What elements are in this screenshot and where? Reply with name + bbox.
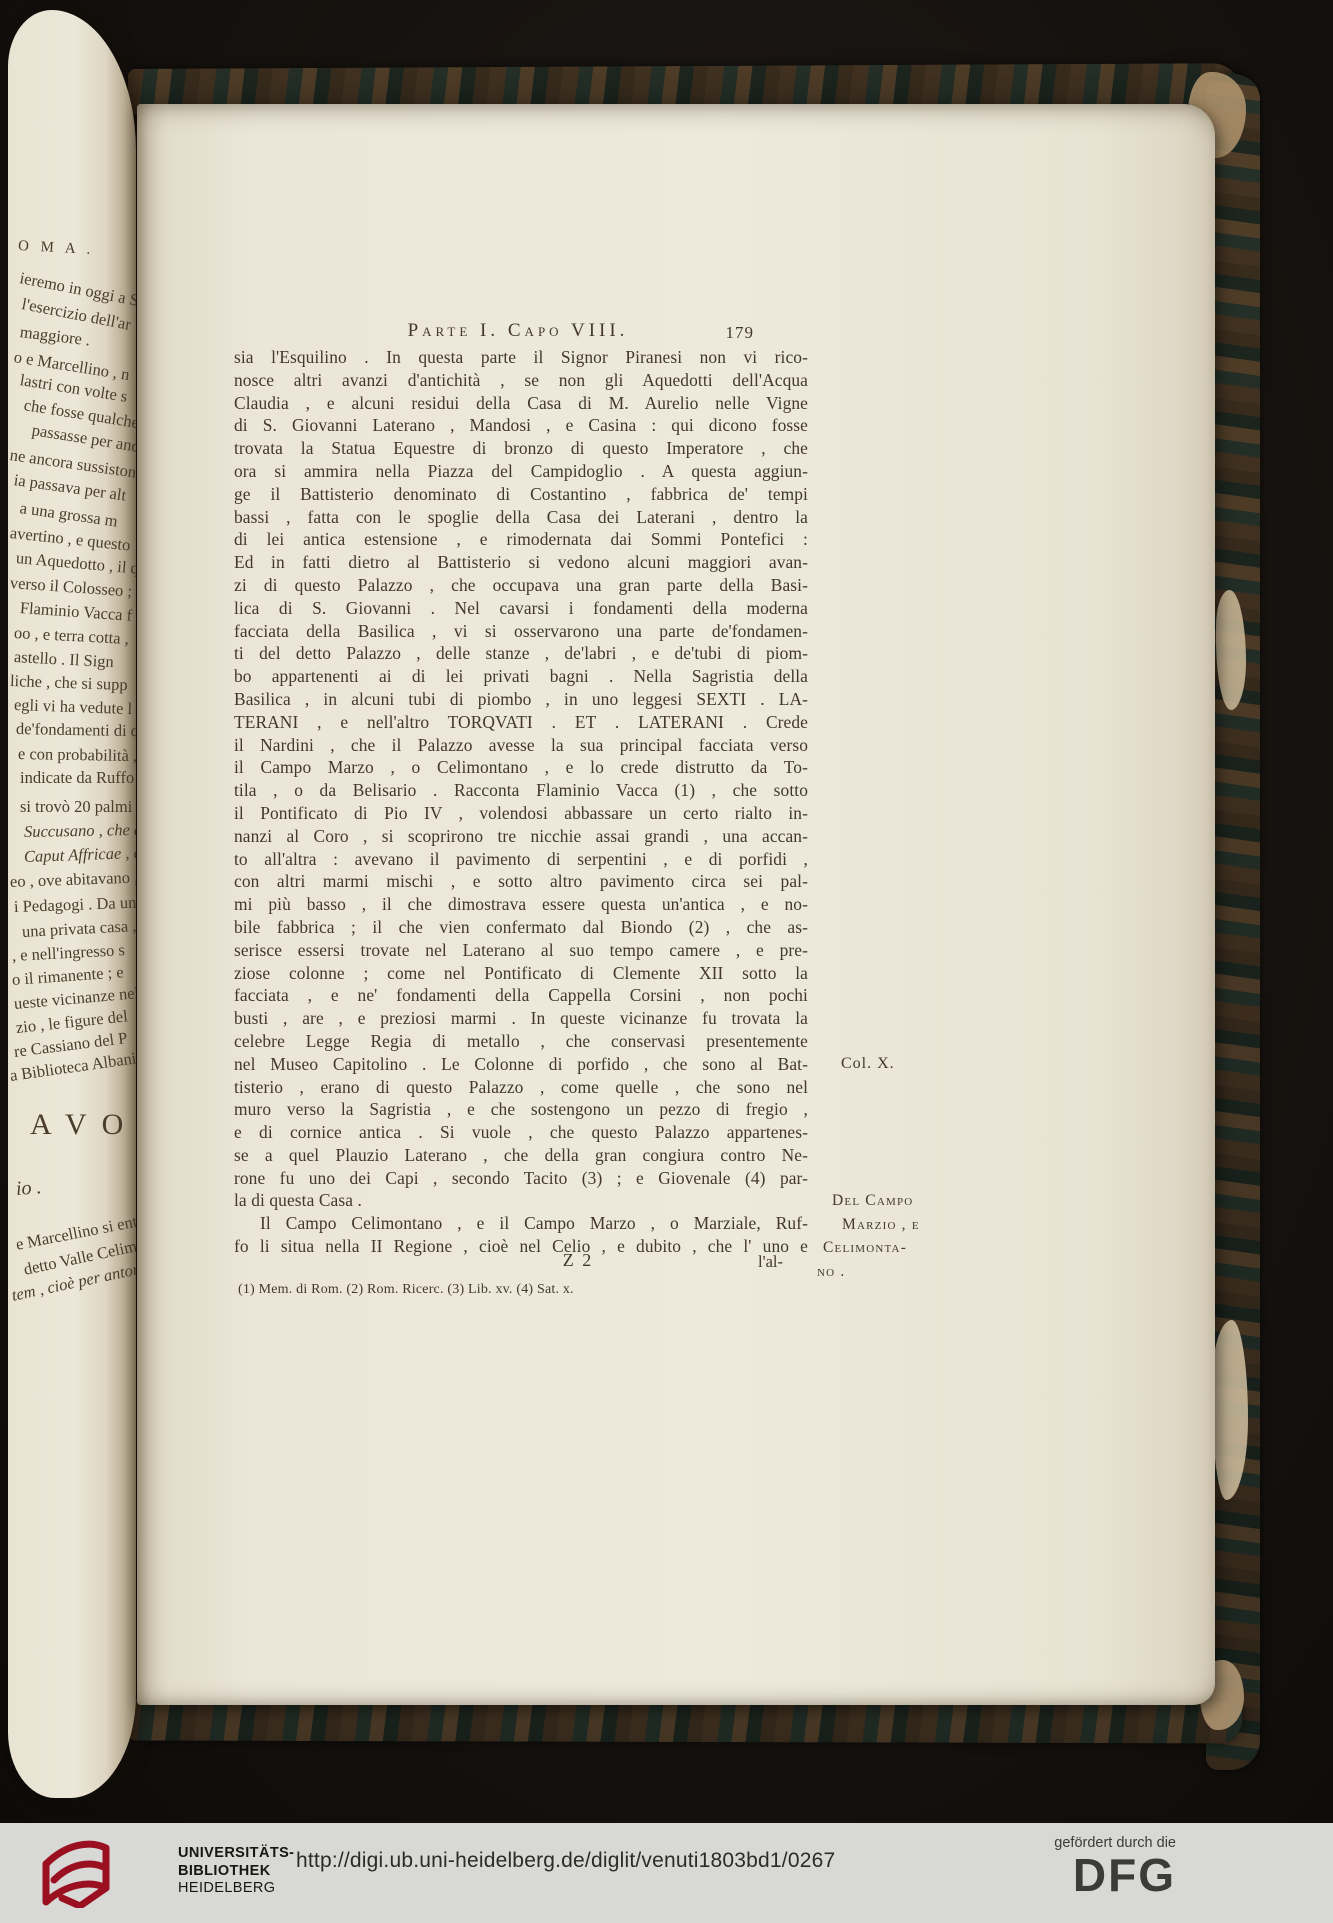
body-line: Basilica , in alcuni tubi di piombo , in… [234, 688, 808, 711]
body-line: tila , o da Belisario . Racconta Flamini… [234, 779, 808, 802]
opposite-page-text-fragment: O M A . [18, 238, 95, 259]
body-line: sia l'Esquilino . In questa parte il Sig… [234, 346, 808, 369]
body-line: e di cornice antica . Si vuole , che que… [234, 1121, 808, 1144]
opposite-page-text-fragment: Succusano , che a [24, 820, 136, 842]
opposite-page-text-fragment: Caput Affricae , da [24, 843, 136, 867]
body-line: Il Campo Celimontano , e il Campo Marzo … [234, 1212, 808, 1235]
body-line: facciata , e ne' fondamenti della Cappel… [234, 984, 808, 1007]
body-line: Ed in fatti dietro al Battisterio si ved… [234, 551, 808, 574]
body-line: zi di questo Palazzo , che occupava una … [234, 574, 808, 597]
body-line: il Pontificato di Pio IV , volendosi abb… [234, 802, 808, 825]
body-line: busti , are , e preziosi marmi . In ques… [234, 1007, 808, 1030]
opposite-page-text-fragment: egli vi ha vedute l [14, 695, 133, 719]
body-line: nanzi al Coro , si scoprirono tre nicchi… [234, 825, 808, 848]
body-line: serisce essersi trovate nel Laterano al … [234, 939, 808, 962]
opposite-page-curl: O M A .ieremo in oggi a Sl'esercizio del… [8, 10, 136, 1798]
scan-viewer: O M A .ieremo in oggi a Sl'esercizio del… [0, 0, 1333, 1923]
body-line: Claudia , e alcuni residui della Casa di… [234, 392, 808, 415]
opposite-page-text-fragment: maggiore . [19, 322, 91, 350]
body-line: ge il Battisterio denominato di Costanti… [234, 483, 808, 506]
opposite-page-text-fragment: una privata casa , [21, 916, 136, 942]
body-line: nel Museo Capitolino . Le Colonne di por… [234, 1053, 808, 1076]
body-line: mi più basso , il che dimostrava essere … [234, 893, 808, 916]
margin-note-line: Del Campo [832, 1189, 920, 1213]
opposite-page-text-fragment: io . [15, 1176, 42, 1201]
opposite-page-text-fragment: oo , e terra cotta , [13, 623, 129, 649]
ub-heidelberg-logo-icon [32, 1838, 158, 1913]
body-line: muro verso la Sagristia , e che sostengo… [234, 1098, 808, 1121]
library-name-line: HEIDELBERG [178, 1880, 294, 1898]
opposite-page-text-fragment: e con probabilità , [18, 744, 136, 766]
dfg-logo: DFG [1008, 1853, 1176, 1897]
scan-background: O M A .ieremo in oggi a Sl'esercizio del… [0, 0, 1333, 1823]
body-text: sia l'Esquilino . In questa parte il Sig… [234, 346, 808, 1258]
book-cover-bottom-edge [126, 1699, 1242, 1744]
body-line: ti del detto Palazzo , delle stanze , de… [234, 642, 808, 665]
body-line: bo appartenenti ai di lei privati bagni … [234, 665, 808, 688]
margin-note-line: no . [817, 1260, 920, 1284]
opposite-page-text-fragment: eo , ove abitavano , [10, 868, 136, 892]
margin-note-column: Col. X. [841, 1055, 895, 1073]
margin-note-line: Marzio , e [842, 1213, 920, 1237]
library-name-line: UNIVERSITÄTS- [178, 1845, 294, 1863]
body-line: con altri marmi mischi , e sotto altro p… [234, 870, 808, 893]
body-line: TERANI , e nell'altro TORQVATI . ET . LA… [234, 711, 808, 734]
catchword: l'al- [637, 1252, 783, 1272]
margin-note-campo-marzio: Del CampoMarzio , eCelimonta-no . [817, 1189, 920, 1283]
body-line: bassi , fatta con le spoglie della Casa … [234, 506, 808, 529]
body-line: se a quel Plauzio Laterano , che della g… [234, 1144, 808, 1167]
opposite-page-text-fragment: i Pedagogi . Da un [14, 893, 136, 917]
body-line: tisterio , erano di questo Palazzo , com… [234, 1076, 808, 1099]
body-line: bile fabbrica ; il che vien confermato d… [234, 916, 808, 939]
body-line: lica di S. Giovanni . Nel cavarsi i fond… [234, 597, 808, 620]
body-line: rone fu uno dei Capi , secondo Tacito (3… [234, 1167, 808, 1190]
body-line: di lei antica estensione , e rimodernata… [234, 528, 808, 551]
dfg-funding-block: gefördert durch die DFG [1008, 1835, 1176, 1897]
body-line: di S. Giovanni Laterano , Mandosi , e Ca… [234, 414, 808, 437]
body-line: il Campo Marzo , o Celimontano , e lo cr… [234, 756, 808, 779]
opposite-page-text-fragment: si trovò 20 palmi [20, 797, 132, 817]
margin-note-line: Celimonta- [823, 1236, 920, 1260]
opposite-page-text-fragment: de'fondamenti di q [16, 719, 136, 741]
body-line: facciata della Basilica , vi si osservar… [234, 620, 808, 643]
footnote: (1) Mem. di Rom. (2) Rom. Ricerc. (3) Li… [238, 1282, 798, 1298]
body-line: to all'altra : avevano il pavimento di s… [234, 848, 808, 871]
body-line: il Nardini , che il Palazzo avesse la su… [234, 734, 808, 757]
scan-url: http://digi.ub.uni-heidelberg.de/diglit/… [296, 1849, 835, 1873]
opposite-page-text-fragment: indicate da Ruffo , [20, 768, 136, 788]
library-name: UNIVERSITÄTS- BIBLIOTHEK HEIDELBERG [178, 1845, 294, 1898]
body-line: ziose colonne ; come nel Pontificato di … [234, 962, 808, 985]
body-line: nosce altri avanzi d'antichità , se non … [234, 369, 808, 392]
opposite-page-text-fragment: Flaminio Vacca f [19, 598, 133, 626]
body-line: ora si ammira nella Piazza del Campidogl… [234, 460, 808, 483]
book-page: Parte I. Capo VIII. 179 sia l'Esquilino … [137, 104, 1215, 1705]
page-number: 179 [232, 323, 754, 343]
opposite-page-text-fragment: astello . Il Sign [13, 647, 114, 672]
body-line: la di questa Casa . [234, 1189, 808, 1212]
body-line: celebre Legge Regia di metallo , che con… [234, 1030, 808, 1053]
body-line: trovata la Statua Equestre di bronzo di … [234, 437, 808, 460]
library-name-line: BIBLIOTHEK [178, 1863, 294, 1881]
opposite-page-text-fragment: , e nell'ingresso s [11, 940, 125, 966]
opposite-page-text-fragment: A V O [30, 1108, 127, 1142]
opposite-page-text-fragment: liche , che si supp [10, 671, 128, 695]
